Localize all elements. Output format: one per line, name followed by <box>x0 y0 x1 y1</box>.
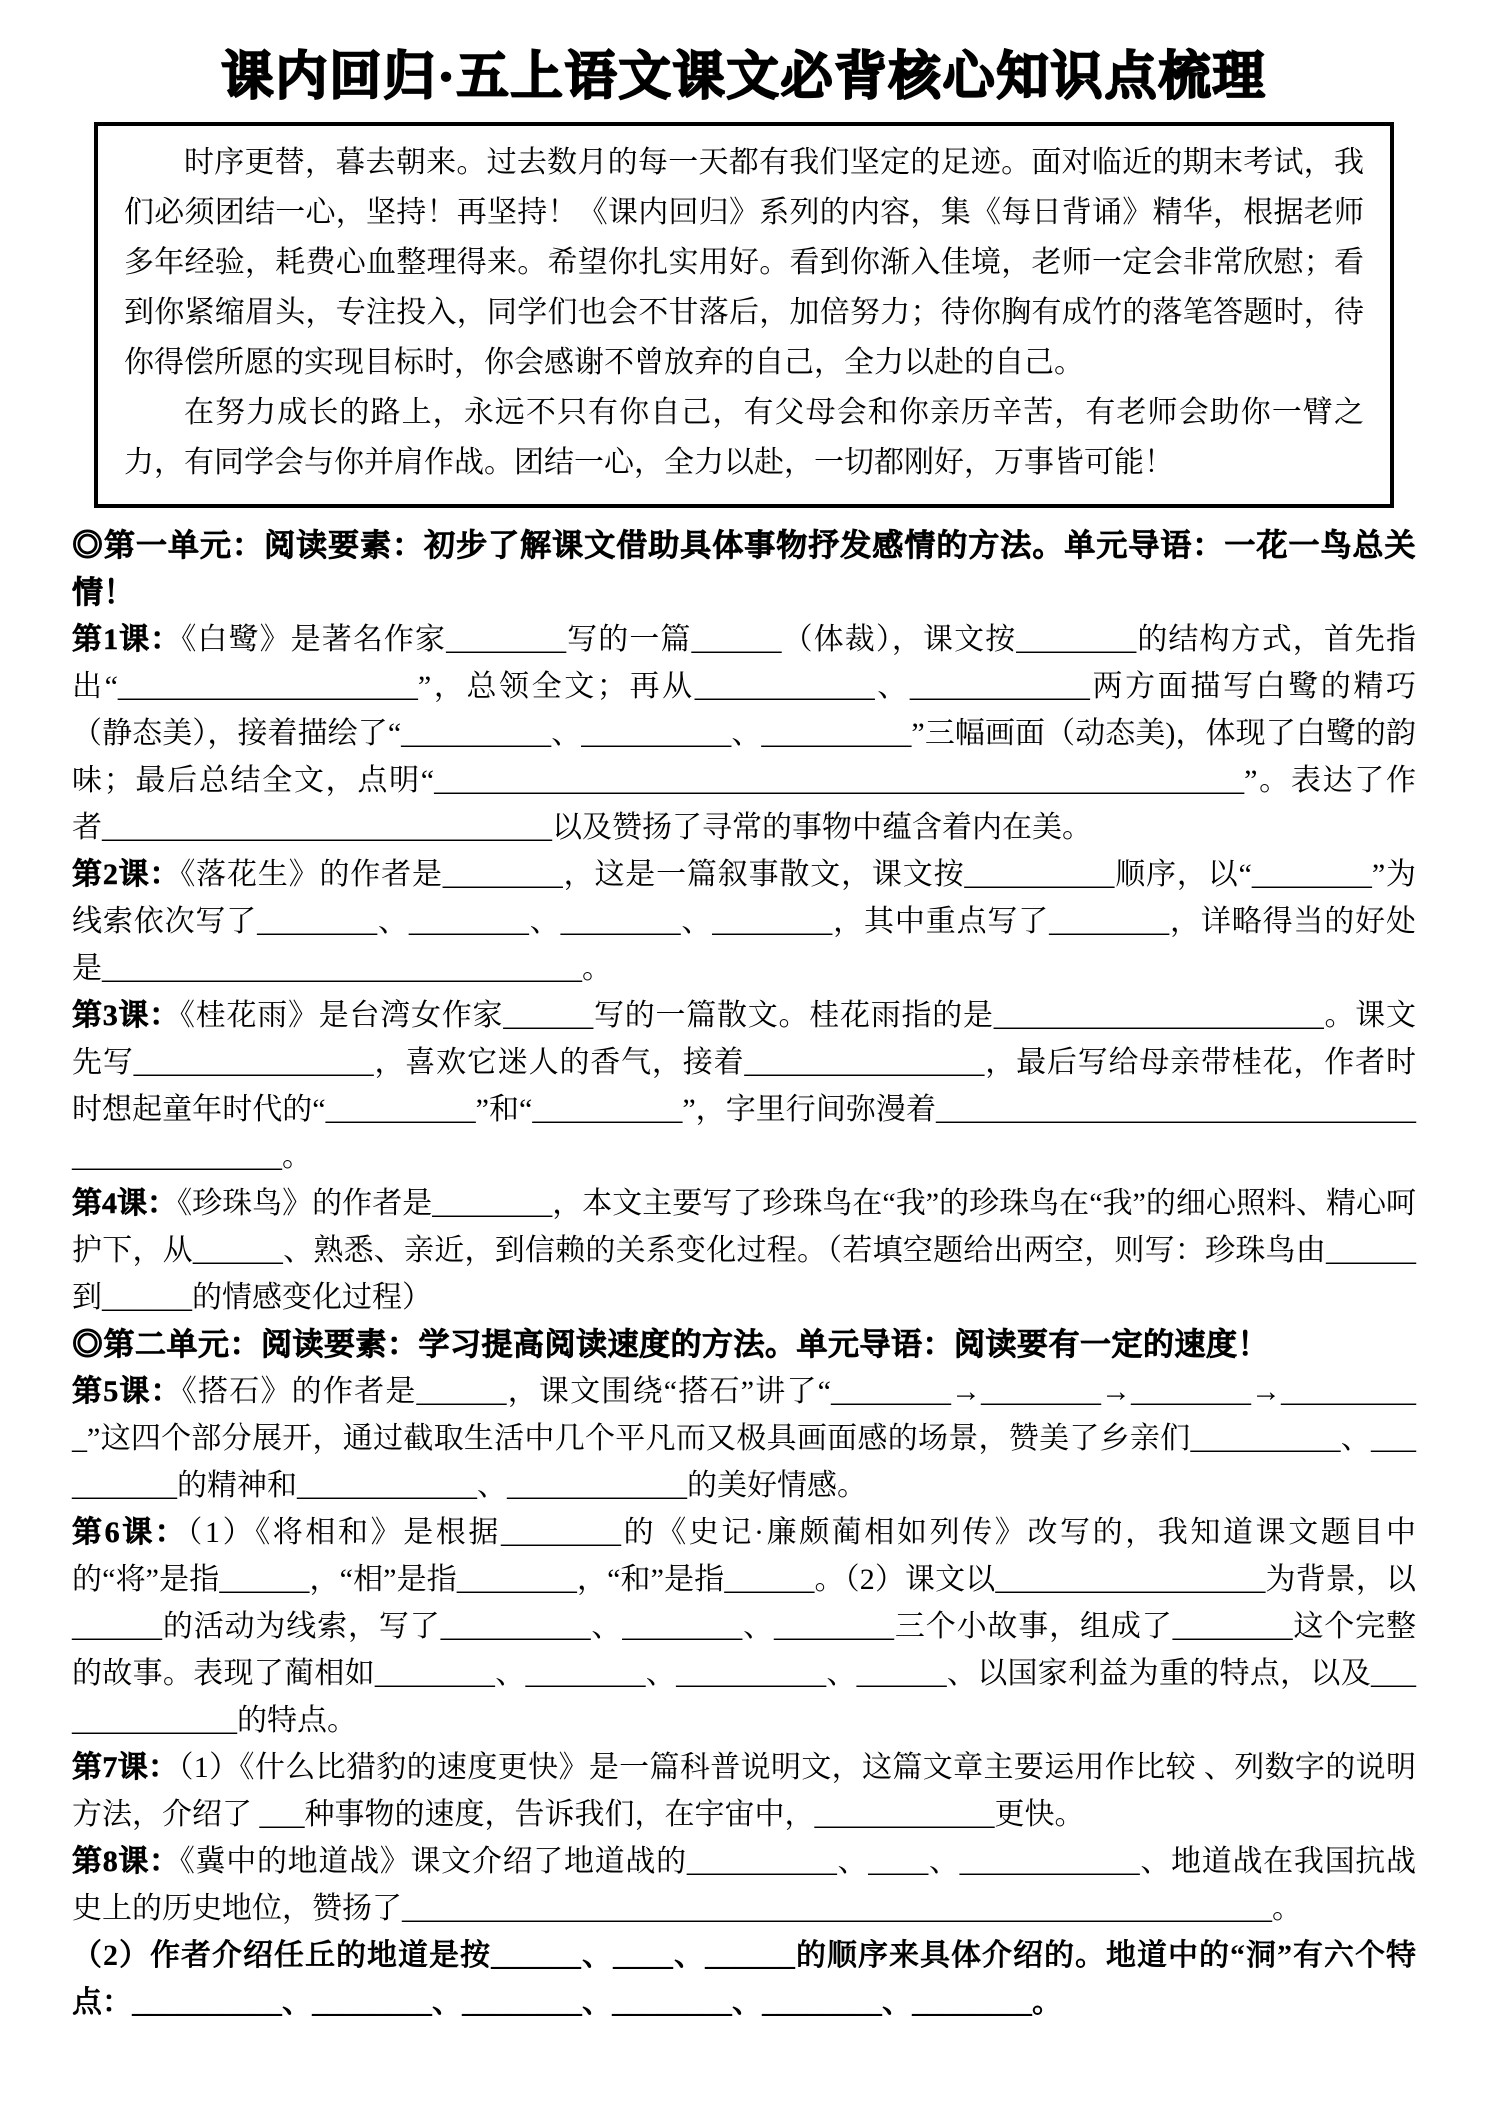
lesson-5-text: 《搭石》的作者是______，课文围绕“搭石”讲了“________→_____… <box>72 1375 1416 1502</box>
intro-box: 时序更替，暮去朝来。过去数月的每一天都有我们坚定的足迹。面对临近的期末考试，我们… <box>94 122 1394 508</box>
lesson-2: 第2课：《落花生》的作者是________，这是一篇叙事散文，课文按______… <box>72 851 1416 992</box>
lesson-1-label: 第1课： <box>72 623 181 656</box>
lesson-6-label: 第6课： <box>72 1516 187 1549</box>
intro-paragraph-2: 在努力成长的路上，永远不只有你自己，有父母会和你亲历辛苦，有老师会助你一臂之力，… <box>124 388 1364 488</box>
lesson-2-label: 第2课： <box>72 858 180 891</box>
lesson-3: 第3课：《桂花雨》是台湾女作家______写的一篇散文。桂花雨指的是______… <box>72 992 1416 1180</box>
lesson-6-text: （1）《将相和》是根据________的《史记·廉颇蔺相如列传》改写的，我知道课… <box>72 1516 1416 1737</box>
lesson-7-text: （1）《什么比猎豹的速度更快》是一篇科普说明文，这篇文章主要运用作比较 、列数字… <box>72 1751 1416 1831</box>
lesson-1: 第1课：《白鹭》是著名作家________写的一篇______（体裁），课文按_… <box>72 616 1416 851</box>
lesson-1-text: 《白鹭》是著名作家________写的一篇______（体裁），课文按_____… <box>72 623 1416 844</box>
lesson-7: 第7课：（1）《什么比猎豹的速度更快》是一篇科普说明文，这篇文章主要运用作比较 … <box>72 1744 1416 1838</box>
lesson-6: 第6课：（1）《将相和》是根据________的《史记·廉颇蔺相如列传》改写的，… <box>72 1509 1416 1744</box>
lesson-8-part-2: （2）作者介绍任丘的地道是按______、____、______的顺序来具体介绍… <box>72 1932 1416 2026</box>
lesson-3-label: 第3课： <box>72 999 180 1032</box>
lesson-5: 第5课：《搭石》的作者是______，课文围绕“搭石”讲了“________→_… <box>72 1368 1416 1509</box>
lesson-4: 第4课：《珍珠鸟》的作者是________，本文主要写了珍珠鸟在“我”的珍珠鸟在… <box>72 1180 1416 1321</box>
worksheet-page: 课内回归·五上语文课文必背核心知识点梳理 时序更替，暮去朝来。过去数月的每一天都… <box>0 0 1488 2105</box>
lesson-4-text: 《珍珠鸟》的作者是________，本文主要写了珍珠鸟在“我”的珍珠鸟在“我”的… <box>72 1187 1416 1314</box>
lesson-7-label: 第7课： <box>72 1751 178 1784</box>
page-title: 课内回归·五上语文课文必背核心知识点梳理 <box>72 48 1416 108</box>
lesson-4-label: 第4课： <box>72 1187 177 1220</box>
lesson-2-text: 《落花生》的作者是________，这是一篇叙事散文，课文按__________… <box>72 858 1416 985</box>
lesson-8-label: 第8课： <box>72 1845 180 1878</box>
worksheet-content: ◎第一单元：阅读要素：初步了解课文借助具体事物抒发感情的方法。单元导语：一花一鸟… <box>72 522 1416 2026</box>
lesson-8-text: 《冀中的地道战》课文介绍了地道战的__________、____、_______… <box>72 1845 1416 1925</box>
intro-paragraph-1: 时序更替，暮去朝来。过去数月的每一天都有我们坚定的足迹。面对临近的期末考试，我们… <box>124 138 1364 388</box>
unit-2-heading: ◎第二单元：阅读要素：学习提高阅读速度的方法。单元导语：阅读要有一定的速度！ <box>72 1321 1416 1368</box>
unit-1-heading: ◎第一单元：阅读要素：初步了解课文借助具体事物抒发感情的方法。单元导语：一花一鸟… <box>72 522 1416 616</box>
lesson-8: 第8课：《冀中的地道战》课文介绍了地道战的__________、____、___… <box>72 1838 1416 1932</box>
lesson-3-text: 《桂花雨》是台湾女作家______写的一篇散文。桂花雨指的是__________… <box>72 999 1416 1173</box>
lesson-5-label: 第5课： <box>72 1375 182 1408</box>
